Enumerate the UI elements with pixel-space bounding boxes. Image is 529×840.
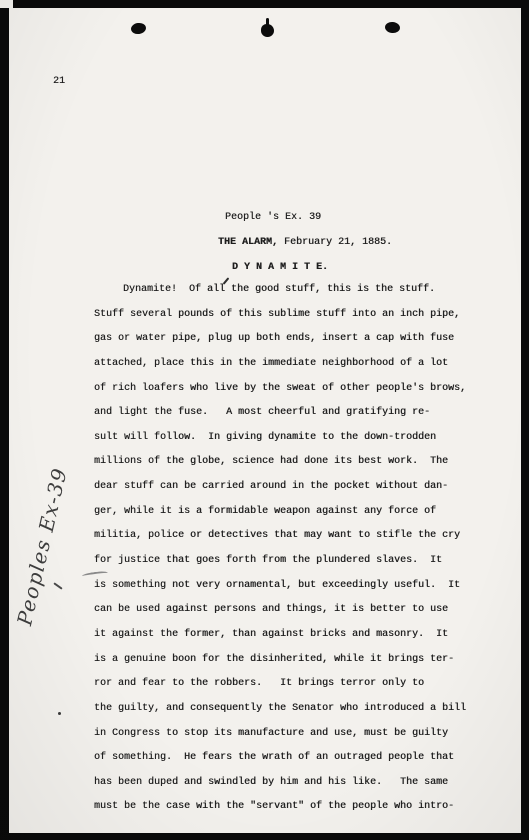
body-line: ger, while it is a formidable weapon aga… <box>94 500 466 525</box>
body-line: gas or water pipe, plug up both ends, in… <box>94 327 466 352</box>
body-line: of something. He fears the wrath of an o… <box>94 746 466 771</box>
body-line: must be the case with the "servant" of t… <box>94 795 466 820</box>
body-text: Dynamite! Of all the good stuff, this is… <box>94 278 466 820</box>
body-line: Stuff several pounds of this sublime stu… <box>94 303 466 328</box>
body-line: millions of the globe, science had done … <box>94 450 466 475</box>
punch-mark-icon <box>261 24 274 37</box>
source-title: THE ALARM, <box>218 237 278 248</box>
scan-edge-notch <box>0 0 13 8</box>
body-line: militia, police or detectives that may w… <box>94 524 466 549</box>
body-line: of rich loafers who live by the sweat of… <box>94 377 466 402</box>
headline: D Y N A M I T E. <box>232 262 328 273</box>
scan-border-bottom <box>0 833 529 840</box>
source-date: February 21, 1885. <box>278 237 392 248</box>
exhibit-caption: People 's Ex. 39 <box>225 212 321 223</box>
page-number: 21 <box>53 76 65 87</box>
body-line: dear stuff can be carried around in the … <box>94 475 466 500</box>
scan-border-right <box>525 0 529 840</box>
source-line: THE ALARM, February 21, 1885. <box>218 237 392 248</box>
body-line: attached, place this in the immediate ne… <box>94 352 466 377</box>
body-line: Dynamite! Of all the good stuff, this is… <box>94 278 466 303</box>
body-line: and light the fuse. A most cheerful and … <box>94 401 466 426</box>
body-line: in Congress to stop its manufacture and … <box>94 722 466 747</box>
scanned-document-page: 21 People 's Ex. 39 THE ALARM, February … <box>0 0 529 840</box>
body-line: it against the former, than against bric… <box>94 623 466 648</box>
body-line: for justice that goes forth from the plu… <box>94 549 466 574</box>
body-line: is something not very ornamental, but ex… <box>94 574 466 599</box>
body-line: ror and fear to the robbers. It brings t… <box>94 672 466 697</box>
body-line: is a genuine boon for the disinherited, … <box>94 648 466 673</box>
body-line: can be used against persons and things, … <box>94 598 466 623</box>
punch-mark-stem <box>266 18 269 26</box>
body-line: the guilty, and consequently the Senator… <box>94 697 466 722</box>
body-line: sult will follow. In giving dynamite to … <box>94 426 466 451</box>
body-line: has been duped and swindled by him and h… <box>94 771 466 796</box>
